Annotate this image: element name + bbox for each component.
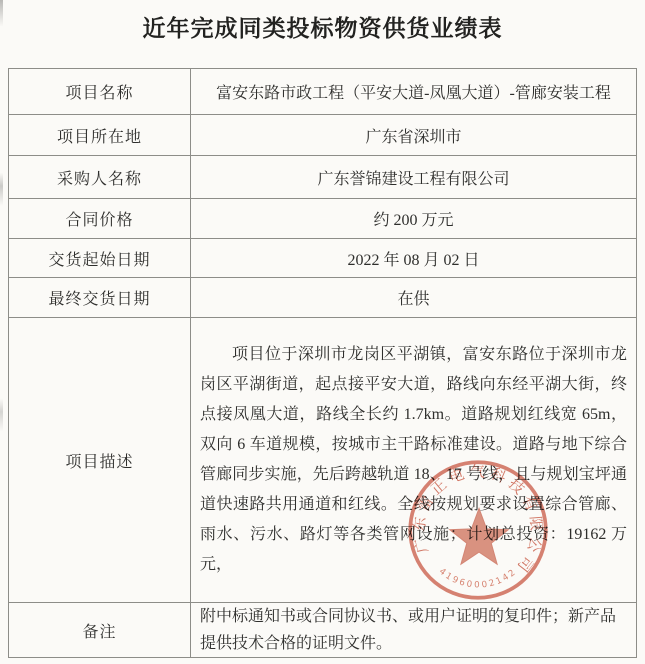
performance-table: 项目名称 富安东路市政工程（平安大道-凤凰大道）-管廊安装工程 项目所在地 广东…: [8, 68, 637, 658]
row-value: 在供: [191, 278, 637, 318]
row-value-remarks: 附中标通知书或合同协议书、或用户证明的复印件；新产品提供技术合格的证明文件。: [191, 603, 637, 658]
row-value: 广东省深圳市: [191, 115, 637, 156]
row-value: 2022 年 08 月 02 日: [191, 239, 637, 278]
document-page: 近年完成同类投标物资供货业绩表 项目名称 富安东路市政工程（平安大道-凤凰大道）…: [0, 0, 645, 664]
table-row-project-location: 项目所在地 广东省深圳市: [9, 115, 637, 156]
table-row-delivery-start-date: 交货起始日期 2022 年 08 月 02 日: [9, 239, 637, 278]
row-label: 采购人名称: [9, 156, 191, 199]
table-row-final-delivery-date: 最终交货日期 在供: [9, 278, 637, 318]
table-row-contract-price: 合同价格 约 200 万元: [9, 199, 637, 239]
table-row-purchaser-name: 采购人名称 广东誉锦建设工程有限公司: [9, 156, 637, 199]
table-row-project-description: 项目描述 项目位于深圳市龙岗区平湖镇，富安东路位于深圳市龙岗区平湖街道，起点接平…: [9, 318, 637, 603]
row-value: 约 200 万元: [191, 199, 637, 239]
row-label: 合同价格: [9, 199, 191, 239]
row-label: 项目描述: [9, 318, 191, 603]
row-value: 富安东路市政工程（平安大道-凤凰大道）-管廊安装工程: [191, 69, 637, 115]
row-label: 交货起始日期: [9, 239, 191, 278]
row-value-description: 项目位于深圳市龙岗区平湖镇，富安东路位于深圳市龙岗区平湖街道，起点接平安大道，路…: [191, 318, 637, 603]
row-label: 项目名称: [9, 69, 191, 115]
table-row-remarks: 备注 附中标通知书或合同协议书、或用户证明的复印件；新产品提供技术合格的证明文件…: [9, 603, 637, 658]
table-row-project-name: 项目名称 富安东路市政工程（平安大道-凤凰大道）-管廊安装工程: [9, 69, 637, 115]
row-value: 广东誉锦建设工程有限公司: [191, 156, 637, 199]
row-label: 备注: [9, 603, 191, 658]
row-label: 最终交货日期: [9, 278, 191, 318]
row-label: 项目所在地: [9, 115, 191, 156]
scan-edge-artifact: [0, 0, 3, 664]
document-title: 近年完成同类投标物资供货业绩表: [0, 10, 645, 43]
